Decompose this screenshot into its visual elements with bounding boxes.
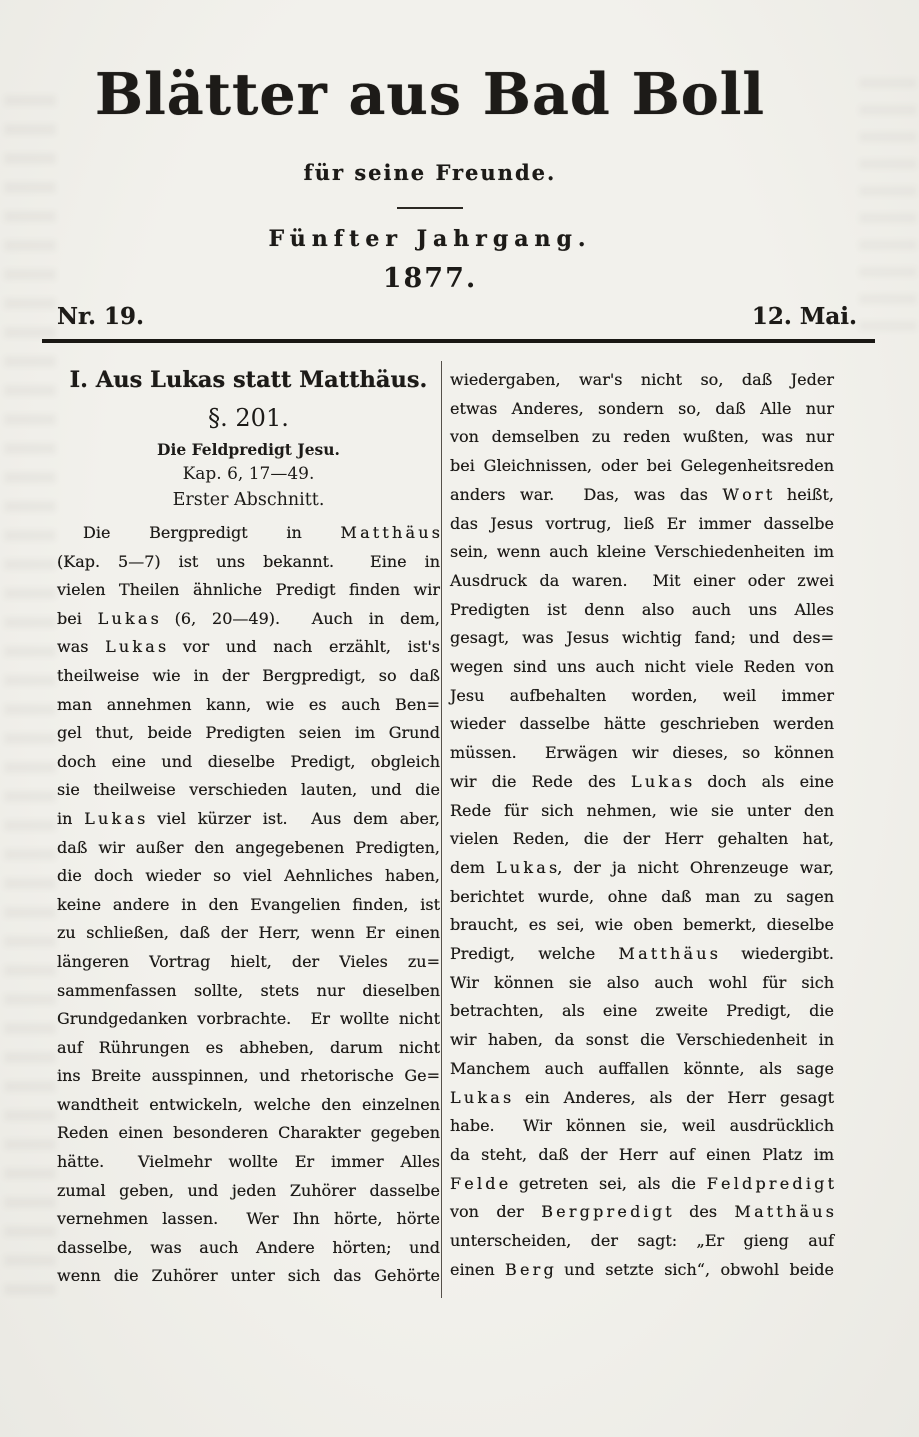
text-line: die doch wieder so viel Aehnliches haben… [57, 862, 440, 891]
text-line: daß wir außer den angegebenen Predigten, [57, 834, 440, 863]
text-line: etwas Anderes, sondern so, daß Alle nur [450, 395, 834, 424]
volume-line: Fünfter Jahrgang. [30, 226, 830, 252]
column-divider [441, 361, 442, 1298]
text-line: habe. Wir können sie, weil ausdrücklich [450, 1112, 834, 1141]
text-line: von demselben zu reden wußten, was nur [450, 423, 834, 452]
text-line: betrachten, als eine zweite Predigt, die [450, 997, 834, 1026]
text-line: F e l d e getreten sei, als die F e l d … [450, 1170, 834, 1199]
text-line: theilweise wie in der Bergpredigt, so da… [57, 662, 440, 691]
sermon-title: Die Feldpredigt Jesu. [57, 440, 440, 459]
left-column: I. Aus Lukas statt Matthäus. §. 201. Die… [57, 366, 440, 1291]
text-line: ins Breite ausspinnen, und rhetorische G… [57, 1062, 440, 1091]
text-line: doch eine und dieselbe Predigt, obgleich [57, 748, 440, 777]
text-line: sammenfassen sollte, stets nur dieselben [57, 977, 440, 1006]
text-line: vernehmen lassen. Wer Ihn hörte, hörte [57, 1205, 440, 1234]
text-line: von der B e r g p r e d i g t des M a t … [450, 1198, 834, 1227]
text-line: gesagt, was Jesus wichtig fand; und des= [450, 624, 834, 653]
text-line: wir die Rede des L u k a s doch als eine [450, 768, 834, 797]
masthead-divider [397, 207, 463, 209]
masthead: Blätter aus Bad Boll für seine Freunde. … [30, 44, 830, 294]
text-line: Wir können sie also auch wohl für sich [450, 969, 834, 998]
text-line: was L u k a s vor und nach erzählt, ist'… [57, 633, 440, 662]
text-line: Reden einen besonderen Charakter gegeben [57, 1119, 440, 1148]
part-label: Erster Abschnitt. [57, 490, 440, 511]
right-column: wiedergaben, war's nicht so, daß Jederet… [450, 366, 834, 1285]
text-line: Predigt, welche M a t t h ä u s wiedergi… [450, 940, 834, 969]
main-rule [42, 339, 875, 343]
text-line: müssen. Erwägen wir dieses, so können [450, 739, 834, 768]
text-line: sie theilweise verschieden lauten, und d… [57, 776, 440, 805]
year-label: 1877. [30, 263, 830, 294]
text-line: dem L u k a s, der ja nicht Ohrenzeuge w… [450, 854, 834, 883]
text-line: zu schließen, daß der Herr, wenn Er eine… [57, 919, 440, 948]
scanned-page: Blätter aus Bad Boll für seine Freunde. … [0, 0, 919, 1437]
text-line: da steht, daß der Herr auf einen Platz i… [450, 1141, 834, 1170]
text-line: sein, wenn auch kleine Verschiedenheiten… [450, 538, 834, 567]
text-line: das Jesus vortrug, ließ Er immer dasselb… [450, 510, 834, 539]
text-line: unterscheiden, der sagt: „Er gieng auf [450, 1227, 834, 1256]
text-line: vielen Theilen ähnliche Predigt finden w… [57, 576, 440, 605]
text-line: anders war. Das, was das W o r t heißt, [450, 481, 834, 510]
text-line: vielen Reden, die der Herr gehalten hat, [450, 825, 834, 854]
newspaper-subtitle: für seine Freunde. [30, 160, 830, 185]
text-line: Die Bergpredigt in M a t t h ä u s [57, 519, 440, 548]
text-line: keine andere in den Evangelien finden, i… [57, 891, 440, 920]
text-line: man annehmen kann, wie es auch Ben= [57, 691, 440, 720]
section-number: §. 201. [57, 403, 440, 433]
text-line: einen B e r g und setzte sich“, obwohl b… [450, 1256, 834, 1285]
text-line: auf Rührungen es abheben, darum nicht [57, 1034, 440, 1063]
text-line: wandtheit entwickeln, welche den einzeln… [57, 1091, 440, 1120]
text-line: hätte. Vielmehr wollte Er immer Alles [57, 1148, 440, 1177]
issue-number: Nr. 19. [57, 303, 144, 330]
article-heading: I. Aus Lukas statt Matthäus. [57, 366, 440, 394]
showthrough-right-margin [859, 78, 917, 338]
text-line: wegen sind uns auch nicht viele Reden vo… [450, 653, 834, 682]
issue-date: 12. Mai. [752, 303, 857, 330]
text-line: Manchem auch auffallen könnte, als sage [450, 1055, 834, 1084]
right-column-lines: wiedergaben, war's nicht so, daß Jederet… [450, 366, 834, 1285]
newspaper-title: Blätter aus Bad Boll [30, 44, 830, 146]
text-line: dasselbe, was auch Andere hörten; und [57, 1234, 440, 1263]
text-line: längeren Vortrag hielt, der Vieles zu= [57, 948, 440, 977]
text-line: Grundgedanken vorbrachte. Er wollte nich… [57, 1005, 440, 1034]
text-line: gel thut, beide Predigten seien im Grund [57, 719, 440, 748]
left-column-lines: Die Bergpredigt in M a t t h ä u s(Kap. … [57, 519, 440, 1291]
text-line: Predigten ist denn also auch uns Alles [450, 596, 834, 625]
scripture-reference: Kap. 6, 17—49. [57, 464, 440, 485]
text-line: zumal geben, und jeden Zuhörer dasselbe [57, 1177, 440, 1206]
text-line: wiedergaben, war's nicht so, daß Jeder [450, 366, 834, 395]
text-line: Rede für sich nehmen, wie sie unter den [450, 797, 834, 826]
text-line: bei Gleichnissen, oder bei Gelegenheitsr… [450, 452, 834, 481]
text-line: (Kap. 5—7) ist uns bekannt. Eine in [57, 548, 440, 577]
text-line: L u k a s ein Anderes, als der Herr gesa… [450, 1084, 834, 1113]
text-line: wieder dasselbe hätte geschrieben werden [450, 710, 834, 739]
text-line: in L u k a s viel kürzer ist. Aus dem ab… [57, 805, 440, 834]
text-line: wenn die Zuhörer unter sich das Gehörte [57, 1262, 440, 1291]
issue-row: Nr. 19. 12. Mai. [57, 303, 857, 330]
text-line: bei L u k a s (6, 20—49). Auch in dem, [57, 605, 440, 634]
text-line: wir haben, da sonst die Verschiedenheit … [450, 1026, 834, 1055]
text-line: braucht, es sei, wie oben bemerkt, diese… [450, 911, 834, 940]
text-line: Jesu aufbehalten worden, weil immer [450, 682, 834, 711]
text-line: Ausdruck da waren. Mit einer oder zwei [450, 567, 834, 596]
text-line: berichtet wurde, ohne daß man zu sagen [450, 883, 834, 912]
